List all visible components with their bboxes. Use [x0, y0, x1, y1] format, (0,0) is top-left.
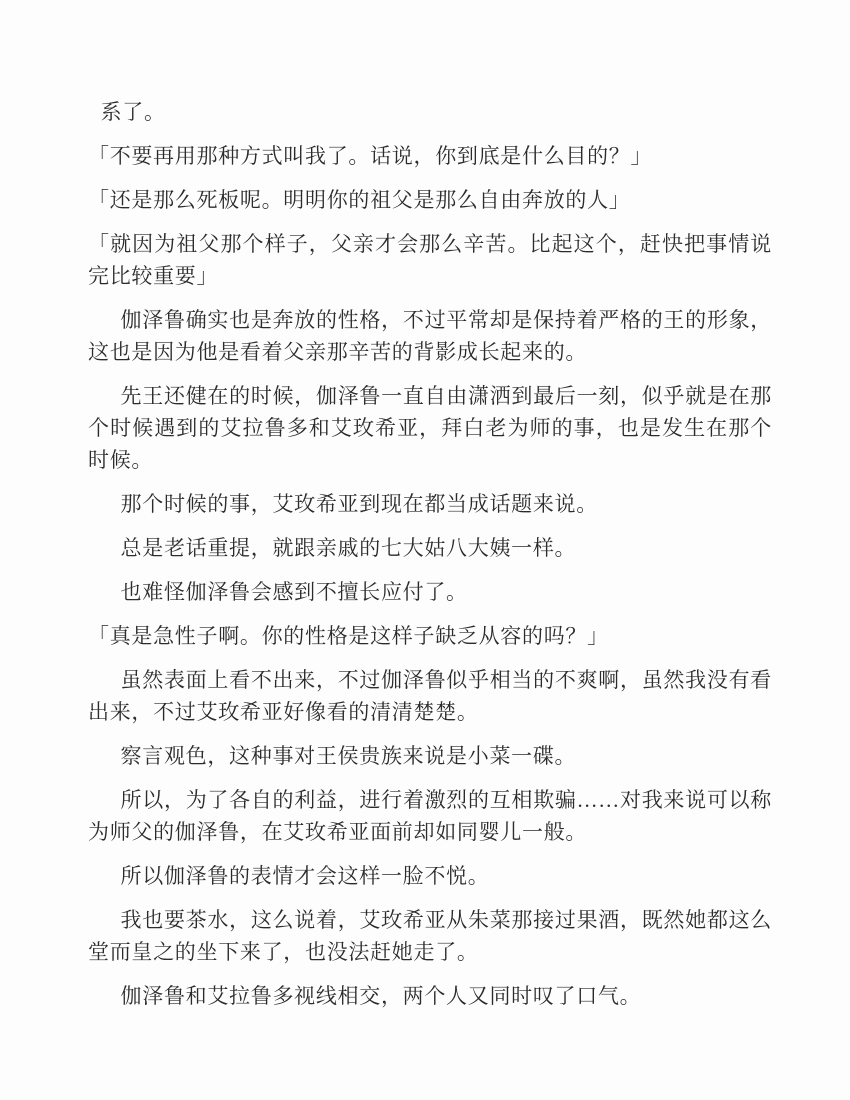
paragraph-dialogue: 「就因为祖父那个样子，父亲才会那么辛苦。比起这个，赶快把事情说完比较重要」 — [88, 228, 772, 292]
paragraph-narrative: 也难怪伽泽鲁会感到不擅长应付了。 — [88, 576, 772, 608]
paragraph-narrative: 那个时候的事，艾玫希亚到现在都当成话题来说。 — [88, 488, 772, 520]
paragraph-narrative: 伽泽鲁确实也是奔放的性格，不过平常却是保持着严格的王的形象，这也是因为他是看着父… — [88, 304, 772, 368]
paragraph-narrative: 先王还健在的时候，伽泽鲁一直自由潇洒到最后一刻，似乎就是在那个时候遇到的艾拉鲁多… — [88, 380, 772, 476]
paragraph-narrative: 我也要茶水，这么说着，艾玫希亚从朱菜那接过果酒，既然她都这么堂而皇之的坐下来了，… — [88, 904, 772, 968]
ebook-page: 系了。 「不要再用那种方式叫我了。话说，你到底是什么目的？」 「还是那么死板呢。… — [0, 0, 850, 1100]
paragraph-dialogue: 「还是那么死板呢。明明你的祖父是那么自由奔放的人」 — [88, 184, 772, 216]
paragraph-narrative: 总是老话重提，就跟亲戚的七大姑八大姨一样。 — [88, 532, 772, 564]
paragraph-narrative: 所以伽泽鲁的表情才会这样一脸不悦。 — [88, 860, 772, 892]
paragraph-narrative: 伽泽鲁和艾拉鲁多视线相交，两个人又同时叹了口气。 — [88, 980, 772, 1012]
paragraph-narrative: 察言观色，这种事对王侯贵族来说是小菜一碟。 — [88, 740, 772, 772]
paragraph-continuation: 系了。 — [88, 96, 772, 128]
text-column: 系了。 「不要再用那种方式叫我了。话说，你到底是什么目的？」 「还是那么死板呢。… — [88, 96, 772, 1012]
paragraph-dialogue: 「真是急性子啊。你的性格是这样子缺乏从容的吗？」 — [88, 620, 772, 652]
paragraph-dialogue: 「不要再用那种方式叫我了。话说，你到底是什么目的？」 — [88, 140, 772, 172]
paragraph-narrative: 虽然表面上看不出来，不过伽泽鲁似乎相当的不爽啊，虽然我没有看出来，不过艾玫希亚好… — [88, 664, 772, 728]
paragraph-narrative: 所以，为了各自的利益，进行着激烈的互相欺骗……对我来说可以称为师父的伽泽鲁，在艾… — [88, 784, 772, 848]
